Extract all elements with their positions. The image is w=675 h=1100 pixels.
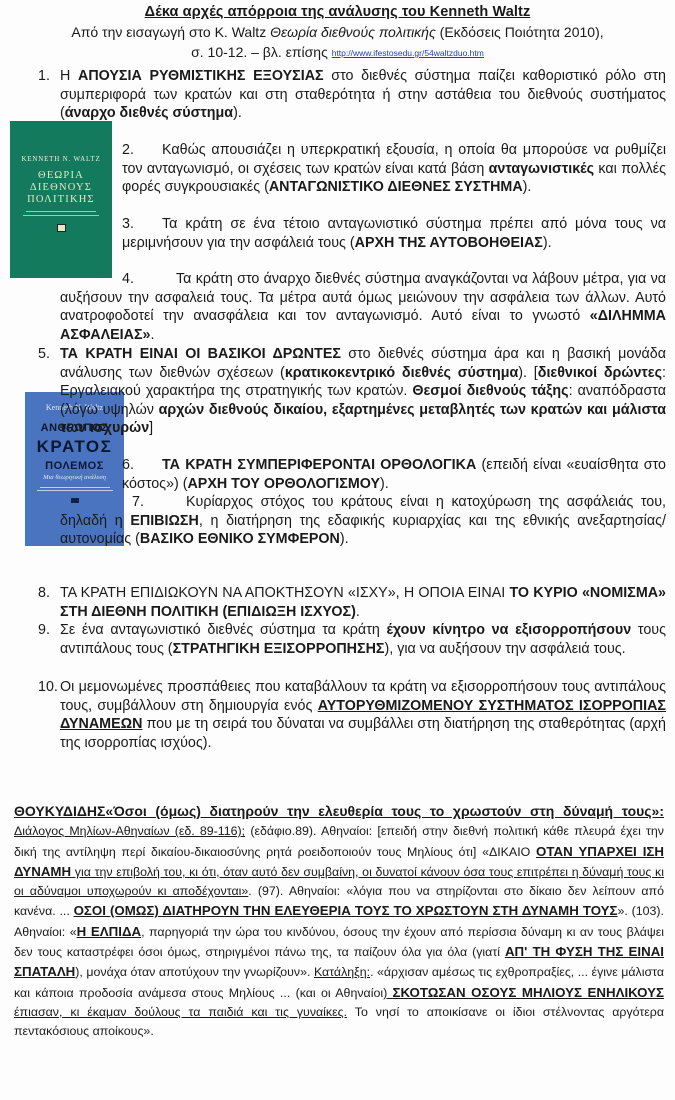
- body-text: που με τη σειρά του δύναται να συμβάλλει…: [60, 716, 666, 751]
- emphasis-text: διεθνικοί δρώντες: [538, 365, 662, 381]
- list-item: 5.ΤΑ ΚΡΑΤΗ ΕΙΝΑΙ ΟΙ ΒΑΣΙΚΟΙ ΔΡΩΝΤΕΣ στο …: [38, 345, 666, 438]
- emphasis-text: ΤΑ ΚΡΑΤΗ ΣΥΜΠΕΡΙΦΕΡΟΝΤΑΙ ΟΡΘΟΛΟΓΙΚΑ: [162, 457, 476, 473]
- item-number: 6.: [122, 456, 162, 475]
- item-number: 10.: [38, 678, 58, 697]
- emphasis-text: ΑΡΧΗ ΤΗΣ ΑΥΤΟΒΟΗΘΕΙΑΣ: [355, 235, 543, 251]
- emphasis-text: άναρχο διεθνές σύστημα: [65, 105, 233, 121]
- emphasis-text: ΟΣΟΙ (ΟΜΩΣ) ΔΙΑΤΗΡΟΥΝ ΤΗΝ ΕΛΕΥΘΕΡΙΑ ΤΟΥΣ…: [74, 903, 618, 918]
- theoria-diethnous-politikis-cover: KENNETH N. WALTZ ΘΕΩΡΙΑ ΔΙΕΘΝΟΥΣ ΠΟΛΙΤΙΚ…: [10, 121, 112, 278]
- document-subtitle: Από την εισαγωγή στο K. Waltz Θεωρία διε…: [0, 22, 675, 63]
- body-text: ΤΑ ΚΡΑΤΗ ΕΠΙΔΙΩΚΟΥΝ ΝΑ ΑΠΟΚΤΗΣΟΥΝ «ΙΣΧΥ»…: [60, 585, 509, 601]
- body-text: .: [356, 604, 360, 620]
- cover-title-line: ΔΙΕΘΝΟΥΣ: [10, 182, 112, 194]
- subtitle-pages: σ. 10-12. – βλ. επίσης: [191, 44, 332, 60]
- cover-title-line: ΚΡΑΤΟΣ: [25, 437, 124, 457]
- list-item: 4.Τα κράτη στο άναρχο διεθνές σύστημα αν…: [60, 270, 666, 344]
- body-text: Η: [60, 68, 78, 84]
- list-item: 8.ΤΑ ΚΡΑΤΗ ΕΠΙΔΙΩΚΟΥΝ ΝΑ ΑΠΟΚΤΗΣΟΥΝ «ΙΣΧ…: [38, 584, 666, 621]
- body-text: ).: [233, 105, 242, 121]
- item-number: 1.: [38, 67, 50, 86]
- body-text: ]: [149, 420, 153, 436]
- item-number: 3.: [122, 215, 162, 234]
- emphasis-text: ΑΠΟΥΣΙΑ ΡΥΘΜΙΣΤΙΚΗΣ ΕΞΟΥΣΙΑΣ: [78, 68, 324, 84]
- emphasis-text: ανταγωνιστικές: [489, 161, 594, 177]
- body-text: .: [150, 327, 154, 343]
- emphasis-text: ΣΚΟΤΩΣΑΝ ΟΣΟΥΣ ΜΗΛΙΟΥΣ ΕΝΗΛΙΚΟΥΣ: [393, 985, 664, 1000]
- item-number: 4.: [122, 270, 176, 289]
- body-text: ). [: [518, 365, 538, 381]
- emphasis-text: ΣΤΡΑΤΗΓΙΚΗ ΕΞΙΣΟΡΡΟΠΗΣΗΣ: [173, 641, 385, 657]
- emphasis-text: Κατάληξη:: [314, 965, 370, 979]
- body-text: ), μονάχα όταν αποτύχουν την γνωρίζουν».: [75, 965, 314, 979]
- document-title: Δέκα αρχές απόρροια της ανάλυσης του Ken…: [0, 4, 675, 20]
- item-number: 5.: [38, 345, 50, 364]
- item-number: 7.: [132, 493, 186, 512]
- list-item: 3.Τα κράτη σε ένα τέτοιο ανταγωνιστικό σ…: [122, 215, 666, 252]
- emphasis-text: Διάλογος Μηλίων-Αθηναίων (εδ. 89-116);: [14, 824, 245, 838]
- item-number: 9.: [38, 621, 50, 640]
- emphasis-text: ΒΑΣΙΚΟ ΕΘΝΙΚΟ ΣΥΜΦΕΡΟΝ: [140, 531, 340, 547]
- cover-subtitle: Μια θεωρητική ανάλυση: [25, 474, 124, 481]
- body-text: ).: [340, 531, 349, 547]
- body-text: ).: [543, 235, 552, 251]
- body-text: Σε ένα ανταγωνιστικό διεθνές σύστημα τα …: [60, 622, 386, 638]
- cover-divider: [23, 215, 99, 216]
- emphasis-text: κρατικοκεντρικό διεθνές σύστημα: [285, 365, 518, 381]
- subtitle-suffix: (Εκδόσεις Ποιότητα 2010),: [436, 24, 604, 40]
- cover-title-line: ΘΕΩΡΙΑ: [10, 170, 112, 182]
- item-number: 2.: [122, 141, 162, 160]
- list-item: 2.Καθώς απουσιάζει η υπερκρατική εξουσία…: [122, 141, 666, 197]
- emphasis-text: ΑΡΧΗ ΤΟΥ ΟΡΘΟΛΟΓΙΣΜΟΥ: [187, 476, 380, 492]
- emphasis-text: Η ΕΛΠΙΔΑ: [77, 924, 142, 939]
- body-text: ), για να αυξήσουν την ασφάλειά τους.: [384, 641, 625, 657]
- body-text: ).: [380, 476, 389, 492]
- document-page: Δέκα αρχές απόρροια της ανάλυσης του Ken…: [0, 0, 675, 1100]
- list-item: 1.Η ΑΠΟΥΣΙΑ ΡΥΘΜΙΣΤΙΚΗΣ ΕΞΟΥΣΙΑΣ στο διε…: [38, 67, 666, 123]
- emphasis-text: ΕΠΙΒΙΩΣΗ: [130, 513, 199, 529]
- reference-link[interactable]: http://www.ifestosedu.gr/54waltzduo.htm: [332, 48, 484, 58]
- emphasis-text: ΤΑ ΚΡΑΤΗ ΕΙΝΑΙ ΟΙ ΒΑΣΙΚΟΙ ΔΡΩΝΤΕΣ: [60, 346, 341, 362]
- emphasis-text: Θεσμοί διεθνούς τάξης: [412, 383, 568, 399]
- list-item: 6.ΤΑ ΚΡΑΤΗ ΣΥΜΠΕΡΙΦΕΡΟΝΤΑΙ ΟΡΘΟΛΟΓΙΚΑ (ε…: [122, 456, 666, 493]
- item-number: 8.: [38, 584, 50, 603]
- cover-divider: [40, 487, 110, 488]
- emphasis-text: ΑΝΤΑΓΩΝΙΣΤΙΚΟ ΔΙΕΘΝΕΣ ΣΥΣΤΗΜΑ: [269, 179, 523, 195]
- section-heading: ΘΟΥΚΥΔΙΔΗΣ«Όσοι (όμως) διατηρούν την ελε…: [14, 803, 664, 819]
- emphasis-text: έχουν κίνητρο να εξισορροπήσουν: [386, 622, 631, 638]
- emphasis-text: «ΔΙΚΑΙΟ: [482, 845, 536, 859]
- list-item: 9.Σε ένα ανταγωνιστικό διεθνές σύστημα τ…: [38, 621, 666, 658]
- list-item: 7.Κυρίαρχος στόχος του κράτους είναι η κ…: [60, 493, 666, 549]
- list-item: 10.Οι μεμονωμένες προσπάθειες που καταβά…: [38, 678, 666, 752]
- cover-author: KENNETH N. WALTZ: [10, 155, 112, 163]
- cover-title-line: ΠΟΛΕΜΟΣ: [25, 460, 124, 472]
- emphasis-text: ): [383, 986, 392, 1000]
- book-title: Θεωρία διεθνούς πολιτικής: [270, 24, 436, 40]
- cover-divider: [37, 490, 113, 491]
- thucydides-paragraph: ΘΟΥΚΥΔΙΔΗΣ«Όσοι (όμως) διατηρούν την ελε…: [14, 802, 664, 1042]
- emphasis-text: έπιασαν, κι έκαμαν δούλους τα παιδιά και…: [14, 1005, 347, 1019]
- body-text: ).: [523, 179, 532, 195]
- publisher-logo-icon: [57, 224, 66, 232]
- cover-title-line: ΠΟΛΙΤΙΚΗΣ: [10, 194, 112, 206]
- cover-divider: [26, 211, 96, 212]
- subtitle-prefix: Από την εισαγωγή στο K. Waltz: [71, 24, 270, 40]
